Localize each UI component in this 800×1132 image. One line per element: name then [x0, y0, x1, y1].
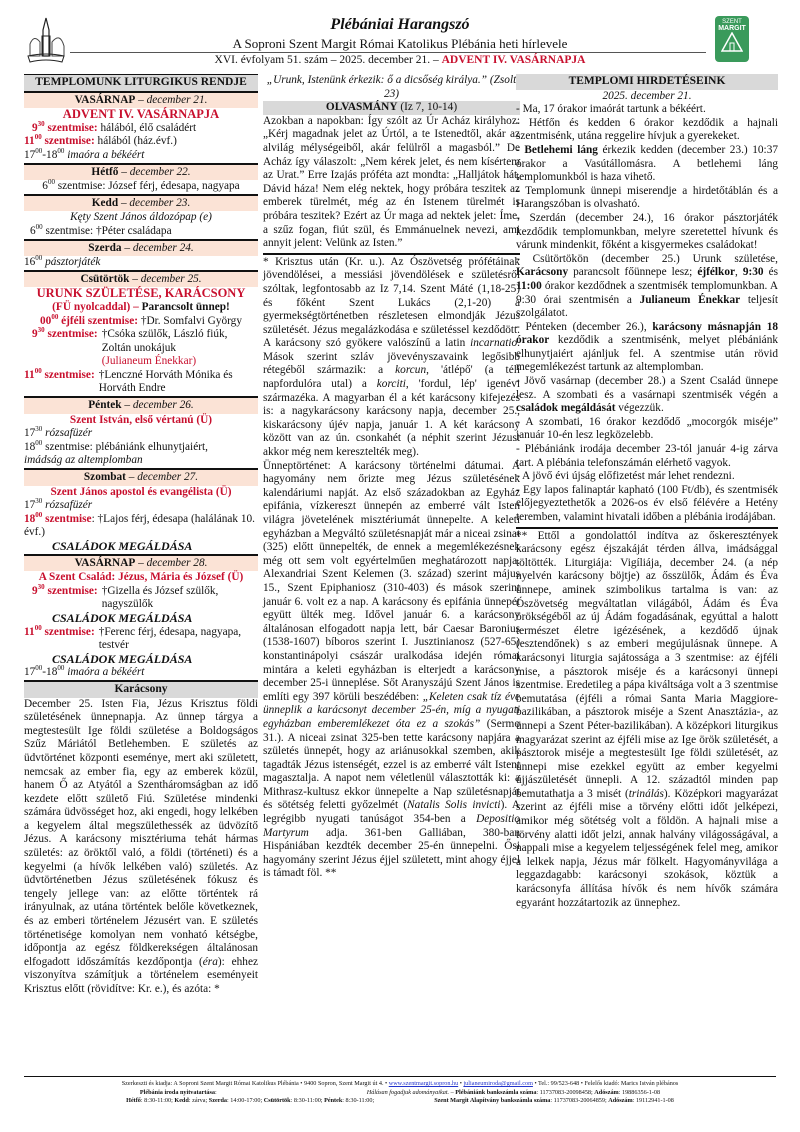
reading-body: Azokban a napokban: Így szólt az Úr Achá…: [263, 115, 520, 251]
announcement-item: - Templomunk ünnepi miserendje a hirdető…: [516, 185, 778, 212]
mass-entry: 930 szentmise:†Gizella és József szülők,…: [24, 585, 258, 612]
reading-column: „Urunk, Istenünk érkezik: ő a dicsőség k…: [263, 74, 520, 881]
mass-entry: 1100 szentmise:†Ferenc férj, édesapa, na…: [24, 626, 258, 653]
announcement-list: - Ma, 17 órakor imaórát tartunk a békéér…: [516, 103, 778, 524]
email-link[interactable]: julianeumiroda@gmail.com: [463, 1080, 532, 1087]
newsletter-subtitle: A Soproni Szent Margit Római Katolikus P…: [0, 36, 800, 52]
mass-entry: 600 szentmise: József férj, édesapa, nag…: [24, 180, 258, 194]
liturgy-column: TEMPLOMUNK LITURGIKUS RENDJE VASÁRNAP – …: [24, 74, 258, 997]
mass-entry: 1800 szentmise: plébániánk elhunytjaiért…: [24, 441, 258, 468]
day-header-friday: Péntek – december 26.: [24, 396, 258, 414]
announcement-item: - A jövő évi újság előfizetést már lehet…: [516, 470, 778, 484]
prayer-hour: 1700-1800 imaóra a békéért: [24, 149, 258, 163]
divider: [263, 253, 520, 255]
mass-entry: 0000 éjféli szentmise: †Dr. Somfalvi Gyö…: [24, 315, 258, 329]
issue-line: XVI. évfolyam 51. szám – 2025. december …: [0, 54, 800, 66]
footer-divider: [24, 1076, 776, 1077]
footer: Szerkeszti és kiadja: A Soproni Szent Ma…: [0, 1080, 800, 1106]
website-link[interactable]: www.szentmargit.sopron.hu: [389, 1080, 458, 1087]
feast-title: A Szent Család: Jézus, Mária és József (…: [24, 571, 258, 585]
day-header-wednesday: Szerda – december 24.: [24, 239, 258, 257]
header-divider: [70, 52, 706, 53]
christmas-section-title: Karácsony: [24, 680, 258, 698]
christmas-article-cont: * Krisztus után (Kr. u.). Az Ószövetség …: [263, 256, 520, 460]
announcement-item: - A szombati, 16 órakor kezdődő „mocorgó…: [516, 416, 778, 443]
day-header-sunday28: VASÁRNAP – december 28.: [24, 554, 258, 572]
feast-title: ADVENT IV. VASÁRNAPJA: [24, 108, 258, 122]
day-header-sunday21: VASÁRNAP – december 21.: [24, 91, 258, 109]
psalm-quote: „Urunk, Istenünk érkezik: ő a dicsőség k…: [263, 74, 520, 101]
family-blessing: CSALÁDOK MEGÁLDÁSA: [24, 540, 258, 554]
day-header-tuesday: Kedd – december 23.: [24, 194, 258, 212]
feast-title: Szent János apostol és evangélista (Ü): [24, 486, 258, 500]
rosary-entry: 1730 rózsafüzér: [24, 427, 258, 441]
day-header-saturday: Szombat – december 27.: [24, 468, 258, 486]
feast-history: Ünneptörténet: A karácsony történelmi dá…: [263, 460, 520, 881]
reading-title: OLVASMÁNY (Iz 7, 10-14): [263, 101, 520, 115]
tent-icon: [721, 32, 743, 52]
divider: [516, 527, 778, 529]
office-hours: Hétfő: 8:30-11:00; Kedd: zárva; Szerda: …: [126, 1097, 374, 1106]
event-entry: 1600 pásztorjáték: [24, 256, 258, 270]
publisher-line: Szerkeszti és kiadja: A Soproni Szent Ma…: [0, 1080, 800, 1089]
day-date: – december 21.: [138, 94, 207, 106]
christmas-article: December 25. Isten Fia, Jézus Krisztus f…: [24, 698, 258, 997]
logo-name: MARGIT: [715, 25, 749, 32]
announcement-item: - Szerdán (december 24.), 16 órakor pász…: [516, 212, 778, 253]
family-blessing: CSALÁDOK MEGÁLDÁSA: [24, 612, 258, 626]
newsletter-title: Plébániai Harangszó: [0, 16, 800, 34]
rosary-entry: 1730 rózsafüzér: [24, 499, 258, 513]
liturgy-note: ** Ettől a gondolattól indítva az őskere…: [516, 530, 778, 911]
announcements-column: TEMPLOMI HIRDETÉSEINK 2025. december 21.…: [516, 74, 778, 910]
issue-info: XVI. évfolyam 51. szám – 2025. december …: [215, 54, 439, 66]
liturgy-section-title: TEMPLOMUNK LITURGIKUS RENDJE: [24, 74, 258, 91]
hours-bank2-line: Hétfő: 8:30-11:00; Kedd: zárva; Szerda: …: [0, 1097, 800, 1106]
mass-entry: 600 szentmise: †Péter családapa: [24, 225, 258, 239]
mass-entry: 1100 szentmise:†Lenczné Horváth Mónika é…: [24, 369, 258, 396]
announcement-item: - Jövő vasárnap (december 28.) a Szent C…: [516, 375, 778, 416]
feast-title: URUNK SZÜLETÉSE, KARÁCSONY: [24, 287, 258, 301]
day-header-thursday: Csütörtök – december 25.: [24, 270, 258, 288]
announcement-item: - Pénteken (december 26.), karácsony más…: [516, 321, 778, 375]
announcements-date: 2025. december 21.: [516, 90, 778, 104]
announcement-item: - Betlehemi láng érkezik kedden (decembe…: [516, 144, 778, 185]
feast-title: Szent István, első vértanú (Ü): [24, 414, 258, 428]
office-bank-line: Plébánia iroda nyitvatartása: Hálásan fo…: [0, 1089, 800, 1098]
szent-margit-logo-icon: SZENT MARGIT: [715, 16, 749, 62]
masthead: Plébániai Harangszó A Soproni Szent Marg…: [0, 0, 800, 70]
mass-entry: 930 szentmise: hálából, élő családért: [24, 122, 258, 136]
prayer-hour: 1700-1800 imaóra a békéért: [24, 666, 258, 680]
saint-of-day: Kęty Szent János áldozópap (e): [24, 211, 258, 225]
announcement-item: - Csütörtökön (december 25.) Urunk szüle…: [516, 253, 778, 321]
announcement-item: - Ma, 17 órakor imaórát tartunk a békéér…: [516, 103, 778, 117]
issue-highlight: ADVENT IV. VASÁRNAPJA: [442, 54, 586, 66]
feast-rank: (FÜ nyolcaddal) – Parancsolt ünnep!: [24, 301, 258, 315]
announcement-item: - Egy lapos falinaptár kapható (100 Ft/d…: [516, 484, 778, 525]
day-header-monday: Hétfő – december 22.: [24, 163, 258, 181]
mass-entry: 1800 szentmise: †Lajos férj, édesapa (ha…: [24, 513, 258, 540]
day-name: VASÁRNAP: [75, 94, 136, 106]
announcements-title: TEMPLOMI HIRDETÉSEINK: [516, 74, 778, 90]
announcement-item: - Plébániánk irodája december 23-tól jan…: [516, 443, 778, 470]
mass-entry: 930 szentmise:†Csóka szülők, László fiúk…: [24, 328, 258, 369]
announcement-item: - Hétfőn és kedden 6 órakor kezdődik a h…: [516, 117, 778, 144]
